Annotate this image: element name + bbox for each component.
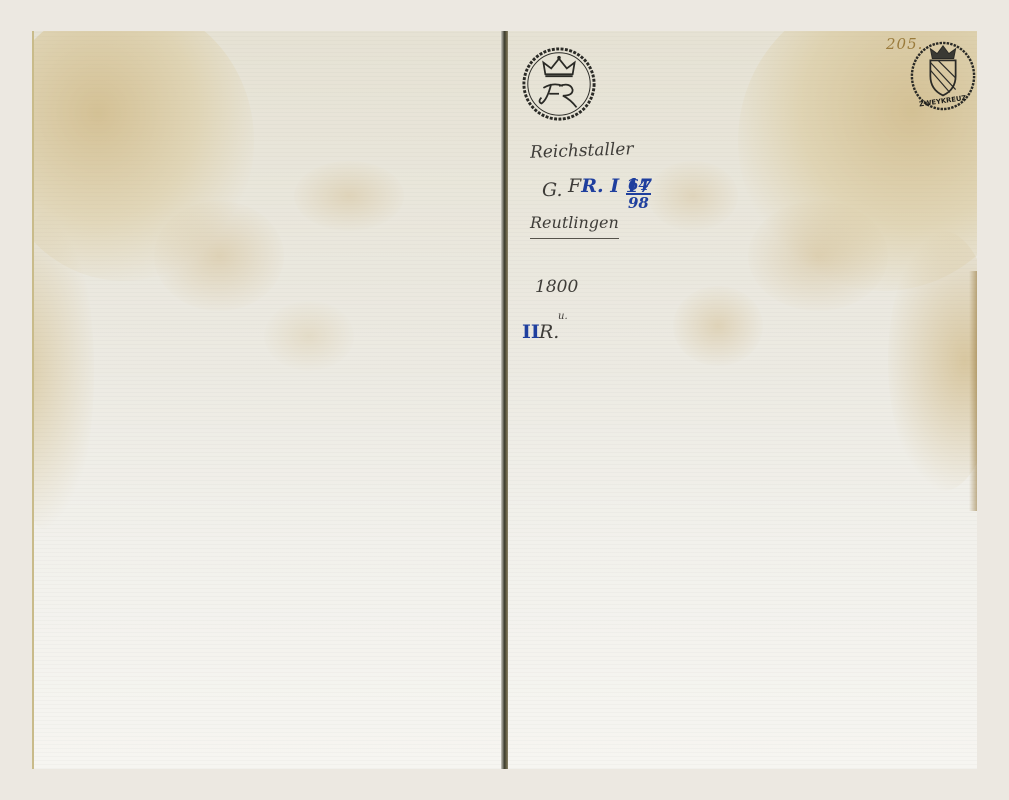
notation-pencil-letter: F [568,175,581,197]
damaged-edge [969,271,977,511]
notation-roman-suffix: R. [539,321,559,343]
water-stain [294,161,404,231]
right-page: 205. ZWEYKREUZ Reichstaller G. FR. I 17 … [508,31,977,769]
notation-prefix: G. [542,179,563,201]
notation-roman-numeral: II [522,321,540,343]
water-stain [673,286,763,366]
water-stain [264,301,354,371]
notation-line-1: Reichstaller [530,139,634,163]
monogram-stamp-icon [520,45,598,123]
water-stain [648,161,738,231]
fraction-denominator: 98 [626,195,651,211]
notation-place: Reutlingen [530,213,619,239]
water-stain [748,201,888,311]
water-stain [32,211,94,531]
water-stain [32,31,254,281]
left-page [32,31,504,769]
notation-fraction: 64 98 [626,177,651,211]
water-stain [154,201,284,311]
zweykreuz-stamp-icon: ZWEYKREUZ [909,39,977,111]
fraction-numerator: 64 [626,177,651,195]
book-spread: 205. ZWEYKREUZ Reichstaller G. FR. I 17 … [32,31,977,769]
water-stain [888,231,977,491]
notation-year: 1800 [535,277,578,297]
notation-small-mark: u. [558,311,568,322]
